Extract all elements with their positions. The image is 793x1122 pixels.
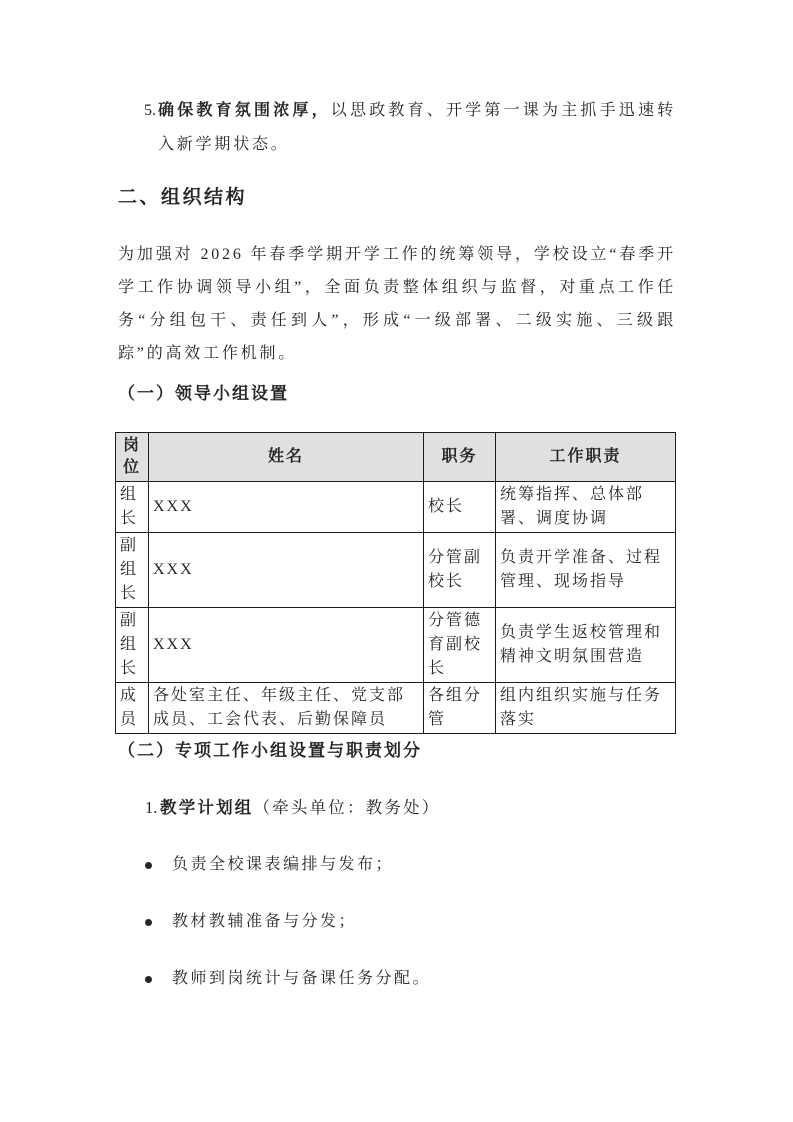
group-item-1-number: 1. — [145, 795, 160, 821]
group-item-1-suffix: （牵头单位：教务处） — [254, 798, 441, 817]
group-item-1-text: 教学计划组（牵头单位：教务处） — [160, 795, 441, 821]
bullet-icon — [145, 976, 152, 983]
cell-post: 副组长 — [116, 533, 149, 608]
bullet-text: 教师到岗统计与备课任务分配。 — [172, 966, 431, 992]
cell-duty: 统筹指挥、总体部署、调度协调 — [496, 482, 676, 533]
group-item-1-name: 教学计划组 — [160, 798, 254, 817]
bullet-icon — [145, 919, 152, 926]
bullet-text: 负责全校课表编排与发布； — [172, 852, 394, 878]
cell-name: XXX — [149, 482, 424, 533]
cell-duty: 负责开学准备、过程管理、现场指导 — [496, 533, 676, 608]
cell-title: 分管副校长 — [424, 533, 496, 608]
table-row: 副组长 XXX 分管德育副校长 负责学生返校管理和精神文明氛围营造 — [116, 608, 676, 683]
cell-post: 副组长 — [116, 608, 149, 683]
table-row: 组长 XXX 校长 统筹指挥、总体部署、调度协调 — [116, 482, 676, 533]
list-item-5-number: 5. — [144, 94, 158, 162]
column-header-duty: 工作职责 — [496, 433, 676, 482]
leader-group-table: 岗位 姓名 职务 工作职责 组长 XXX 校长 统筹指挥、总体部署、调度协调 副… — [115, 432, 676, 734]
table-row: 成员 各处室主任、年级主任、党支部成员、工会代表、后勤保障员 各组分管 组内组织… — [116, 683, 676, 734]
cell-title: 分管德育副校长 — [424, 608, 496, 683]
cell-name: 各处室主任、年级主任、党支部成员、工会代表、后勤保障员 — [149, 683, 424, 734]
list-item: 负责全校课表编排与发布； — [145, 852, 676, 878]
bullet-icon — [145, 862, 152, 869]
cell-title: 校长 — [424, 482, 496, 533]
group-item-1: 1. 教学计划组（牵头单位：教务处） — [145, 795, 676, 821]
list-item-5-bold-lead: 确保教育氛围浓厚， — [158, 102, 331, 119]
list-item: 教材教辅准备与分发； — [145, 909, 676, 935]
column-header-title: 职务 — [424, 433, 496, 482]
list-item-5-text: 确保教育氛围浓厚，以思政教育、开学第一课为主抓手迅速转入新学期状态。 — [158, 94, 676, 162]
table-row: 副组长 XXX 分管副校长 负责开学准备、过程管理、现场指导 — [116, 533, 676, 608]
duty-bullet-list: 负责全校课表编排与发布； 教材教辅准备与分发； 教师到岗统计与备课任务分配。 — [118, 852, 676, 992]
document-page: 5. 确保教育氛围浓厚，以思政教育、开学第一课为主抓手迅速转入新学期状态。 二、… — [0, 0, 793, 1122]
column-header-post: 岗位 — [116, 433, 149, 482]
cell-title: 各组分管 — [424, 683, 496, 734]
list-item-5: 5. 确保教育氛围浓厚，以思政教育、开学第一课为主抓手迅速转入新学期状态。 — [144, 94, 676, 162]
cell-post: 组长 — [116, 482, 149, 533]
cell-duty: 负责学生返校管理和精神文明氛围营造 — [496, 608, 676, 683]
section-heading: 二、组织结构 — [118, 185, 676, 211]
cell-name: XXX — [149, 533, 424, 608]
subheading-leader-group: （一）领导小组设置 — [118, 381, 676, 407]
bullet-text: 教材教辅准备与分发； — [172, 909, 357, 935]
cell-duty: 组内组织实施与任务落实 — [496, 683, 676, 734]
cell-name: XXX — [149, 608, 424, 683]
column-header-name: 姓名 — [149, 433, 424, 482]
intro-paragraph: 为加强对 2026 年春季学期开学工作的统筹领导，学校设立“春季开学工作协调领导… — [118, 238, 676, 370]
table-header-row: 岗位 姓名 职务 工作职责 — [116, 433, 676, 482]
subheading-special-groups: （二）专项工作小组设置与职责划分 — [118, 738, 676, 764]
cell-post: 成员 — [116, 683, 149, 734]
list-item: 教师到岗统计与备课任务分配。 — [145, 966, 676, 992]
